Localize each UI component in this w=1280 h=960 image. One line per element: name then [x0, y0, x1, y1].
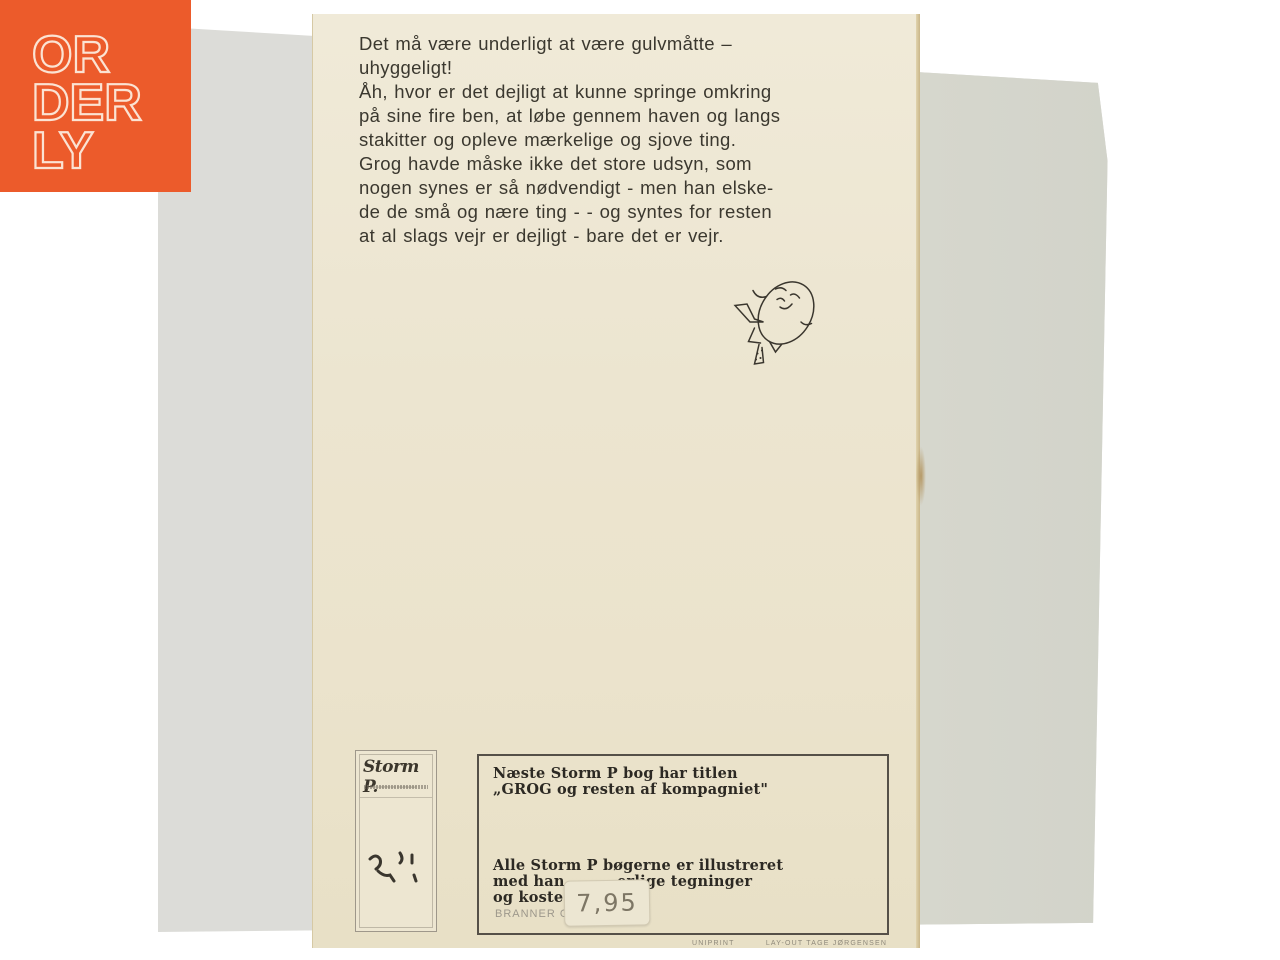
- layout-credit: LAY-OUT TAGE JØRGENSEN: [766, 940, 887, 947]
- book-back-cover: Det må være underligt at være gulvmåtte …: [312, 14, 920, 948]
- mini-book-cover: Storm P. GROG OG RESTEN AF KOMPAGNIET: [355, 750, 437, 932]
- dancing-figures-icon: [366, 847, 426, 887]
- spine-stain: [916, 446, 926, 506]
- announcement-book-title: „GROG og resten af kompagniet": [493, 782, 768, 798]
- svg-text:LY: LY: [32, 122, 94, 180]
- blurb-line: på sine fire ben, at løbe gennem haven o…: [359, 104, 887, 128]
- blurb-line: Det må være underligt at være gulvmåtte …: [359, 32, 887, 56]
- announcement-box: Næste Storm P bog har titlen „GROG og re…: [477, 754, 889, 935]
- price-sticker: 7,95: [564, 879, 651, 926]
- footer-credits: UNIPRINT LAY-OUT TAGE JØRGENSEN: [692, 940, 915, 947]
- printer-credit: UNIPRINT: [692, 940, 735, 947]
- blurb-line: Grog havde måske ikke det store udsyn, s…: [359, 152, 887, 176]
- announcement-title: Næste Storm P bog har titlen: [493, 766, 738, 782]
- storm-p-logo: Storm P.: [363, 757, 429, 783]
- blurb-line: Åh, hvor er det dejligt at kunne springe…: [359, 80, 887, 104]
- mini-cover-subtitle: GROG OG RESTEN AF KOMPAGNIET: [364, 785, 428, 789]
- blurb-line: at al slags vejr er dejligt - bare det e…: [359, 224, 887, 248]
- caricature-illustration: [717, 262, 837, 382]
- blurb-line: uhyggeligt!: [359, 56, 887, 80]
- orderly-wordmark: OR DER LY: [0, 0, 191, 192]
- blurb-line: stakitter og opleve mærkelige og sjove t…: [359, 128, 887, 152]
- blurb-line: nogen synes er så nødvendigt - men han e…: [359, 176, 887, 200]
- orderly-logo: OR DER LY: [0, 0, 191, 192]
- blurb-text: Det må være underligt at være gulvmåtte …: [359, 32, 887, 248]
- announcement-body: Alle Storm P bøgerne er illustreret: [493, 858, 783, 874]
- announcement-body: og koste: [493, 890, 563, 906]
- mini-cover-divider: [360, 797, 432, 798]
- blurb-line: de de små og nære ting - - og syntes for…: [359, 200, 887, 224]
